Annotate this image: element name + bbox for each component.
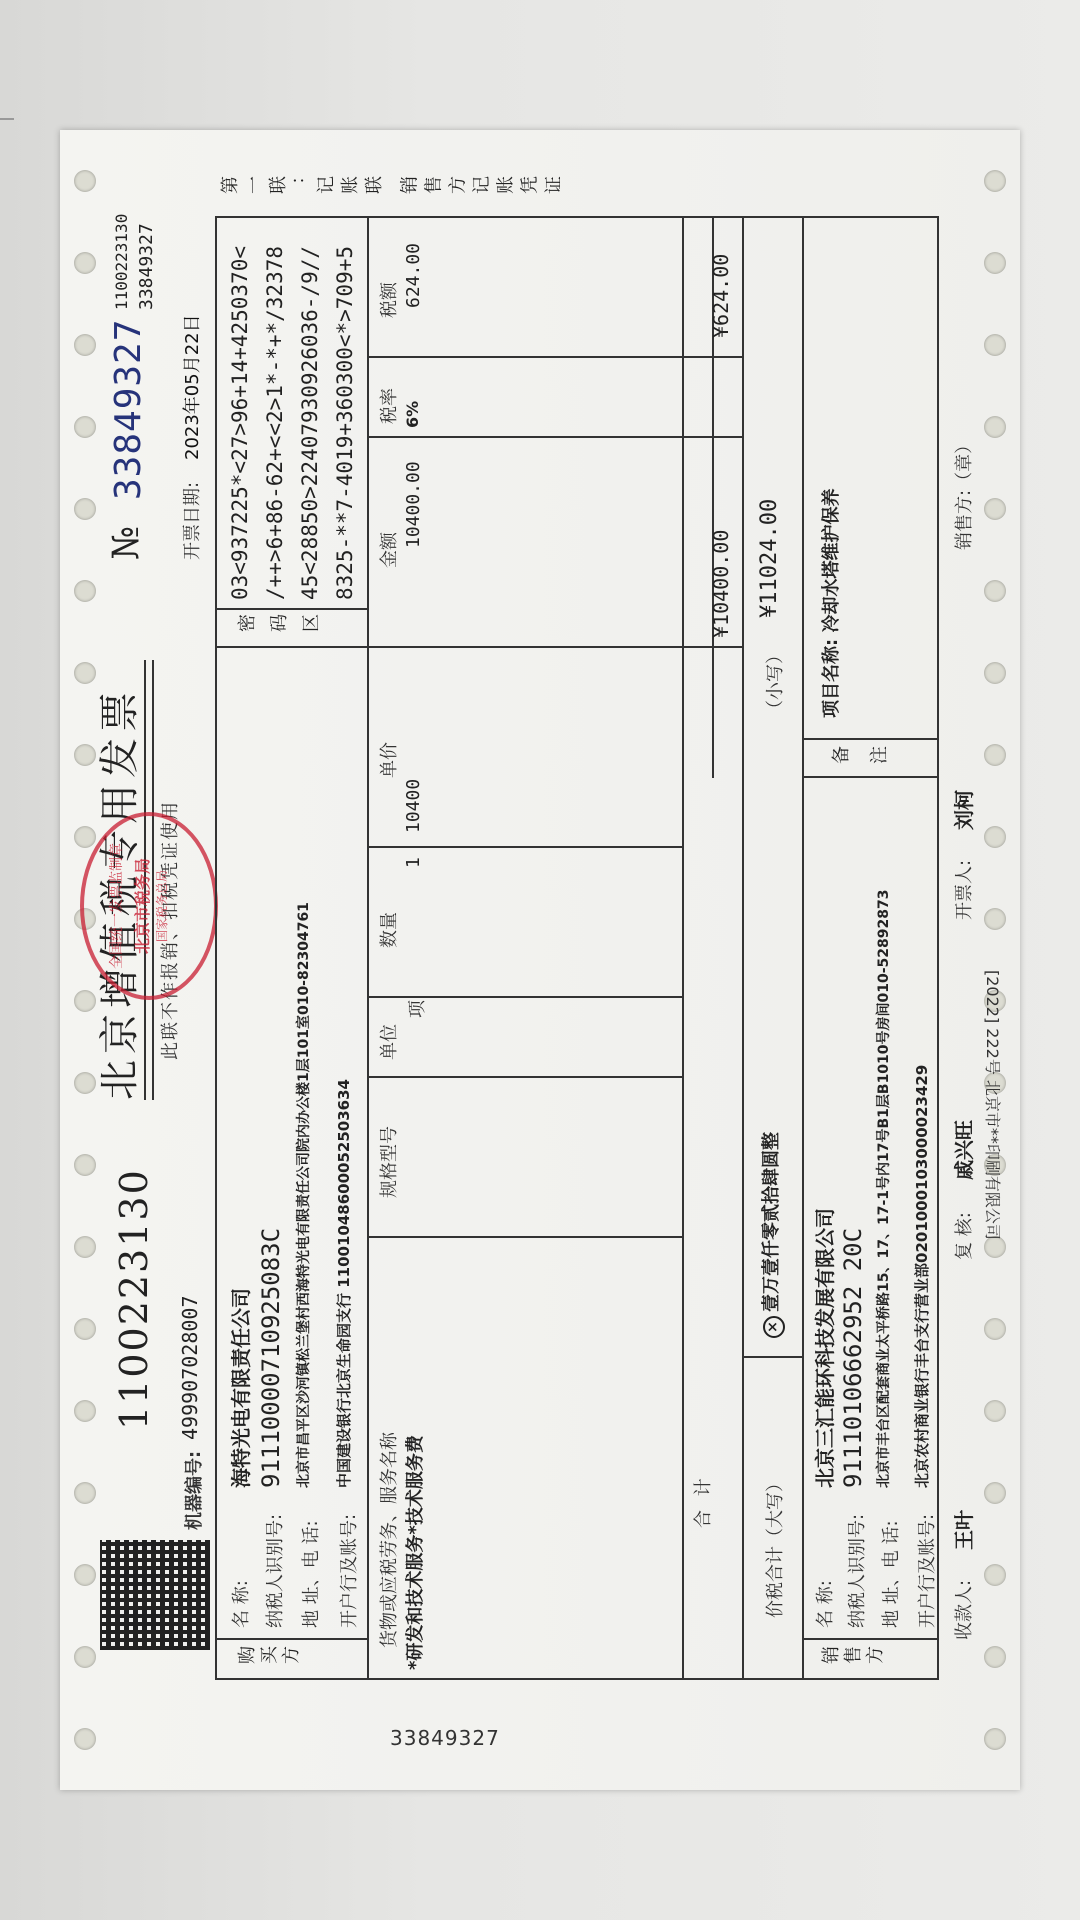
copy-label: 第一联：记账联 销售方记账凭证 [220,174,820,200]
qr-code [100,1540,210,1650]
machine-no-label: 机器编号: [180,1451,206,1530]
grand-total-label: 价税合计（大写） [761,1474,787,1618]
machine-no: 499907028007 [178,1296,202,1441]
header-amount: 金额 [375,532,401,568]
seller-section-label: 销售方 [821,1644,887,1670]
buyer-name: 海特光电有限责任公司 [225,1288,254,1488]
reviewer: 戚兴旺 [948,1120,977,1180]
remarks-label: 备注 [831,744,907,770]
buyer-tax-id: 91110000710925083C [257,1228,285,1488]
seller-address: 北京市丰台区配套商业太平桥路15、17、17-1号内17号B1层B1010号房间… [873,788,893,1488]
grand-total-words: ×壹万壹仟零贰拾肆圆整 [757,1132,785,1338]
payee-label: 收款人: [950,1580,976,1640]
header-qty: 数量 [375,912,401,948]
buyer-address-label: 地 址、电 话: [297,1520,323,1628]
header-rate: 税率 [375,388,401,424]
payee: 王叶 [948,1510,977,1550]
seller-seal-label: 销售方:（章） [950,436,976,550]
printer-line-visible: [2022] 222号 北京市**印刷有限公司 [982,970,1005,1670]
invoice-number: 33849327 [108,319,149,500]
no-sign: № [106,526,147,560]
remarks-text: 项目名称: 冷却水塔维护保养 [817,489,843,718]
bottom-serial: 33849327 [390,1726,500,1750]
invoice-date: 2023年05月22日 [178,314,204,460]
buyer-address: 北京市昌平区沙河镇松兰堡村西海特光电有限责任公司院内办公楼1层101室010-8… [293,658,313,1488]
reviewer-label: 复 核: [950,1212,976,1260]
total-amount: ¥10400.00 [709,530,733,638]
seller-bank: 北京农村商业银行丰台支行营业部0201000103000023429 [911,1065,932,1488]
buyer-tax-id-label: 纳税人识别号: [261,1514,287,1628]
invoice-table: 购买方 名 称: 海特光电有限责任公司 纳税人识别号: 911100007109… [215,216,939,1680]
date-label: 开票日期: [178,482,204,560]
total-tax: ¥624.00 [709,254,733,338]
buyer-bank: 中国建设银行北京生命园支行 11001048600052503634 [333,1079,354,1488]
header-price: 单价 [375,742,401,778]
tax-bureau-stamp: 全国统一发票监制章 北京市税务局 国家税务总局 [80,812,218,1000]
invoice-code: 1100223130 [112,1168,156,1430]
buyer-name-label: 名 称: [227,1580,253,1628]
cipher-text: 03<937225*<27>96+14+4250370</++>6+86-62+… [223,246,363,600]
header-name: 货物或应税劳务、服务名称 [375,1432,401,1648]
seller-address-label: 地 址、电 话: [877,1520,903,1628]
grand-total-small-label: （小写） [761,646,787,718]
grand-total-figures: ¥11024.00 [757,499,782,618]
seller-bank-label: 开户行及账号: [913,1514,939,1628]
header-spec: 规格型号 [375,1126,401,1198]
seller-name-label: 名 称: [811,1580,837,1628]
side-code: 1100223130 [112,214,131,310]
seller-tax-id: 91110106662952 20C [839,1228,867,1488]
cipher-label: 密码区 [237,612,333,638]
seller-name: 北京三汇能环科技发展有限公司 [809,1208,838,1488]
issuer: 刘柯 [948,790,977,830]
buyer-bank-label: 开户行及账号: [335,1514,361,1628]
buyer-section-label: 购买方 [237,1644,303,1670]
issuer-label: 开票人: [950,860,976,920]
header-tax: 税额 [375,282,401,318]
invoice-paper: 机器编号: 499907028007 1100223130 北京增值税专用发票 … [60,130,1020,1790]
total-label: 合 计 [689,1474,715,1528]
seller-tax-id-label: 纳税人识别号: [843,1514,869,1628]
side-number: 33849327 [136,223,157,310]
header-unit: 单位 [375,1024,401,1060]
desk-edge [0,118,14,134]
